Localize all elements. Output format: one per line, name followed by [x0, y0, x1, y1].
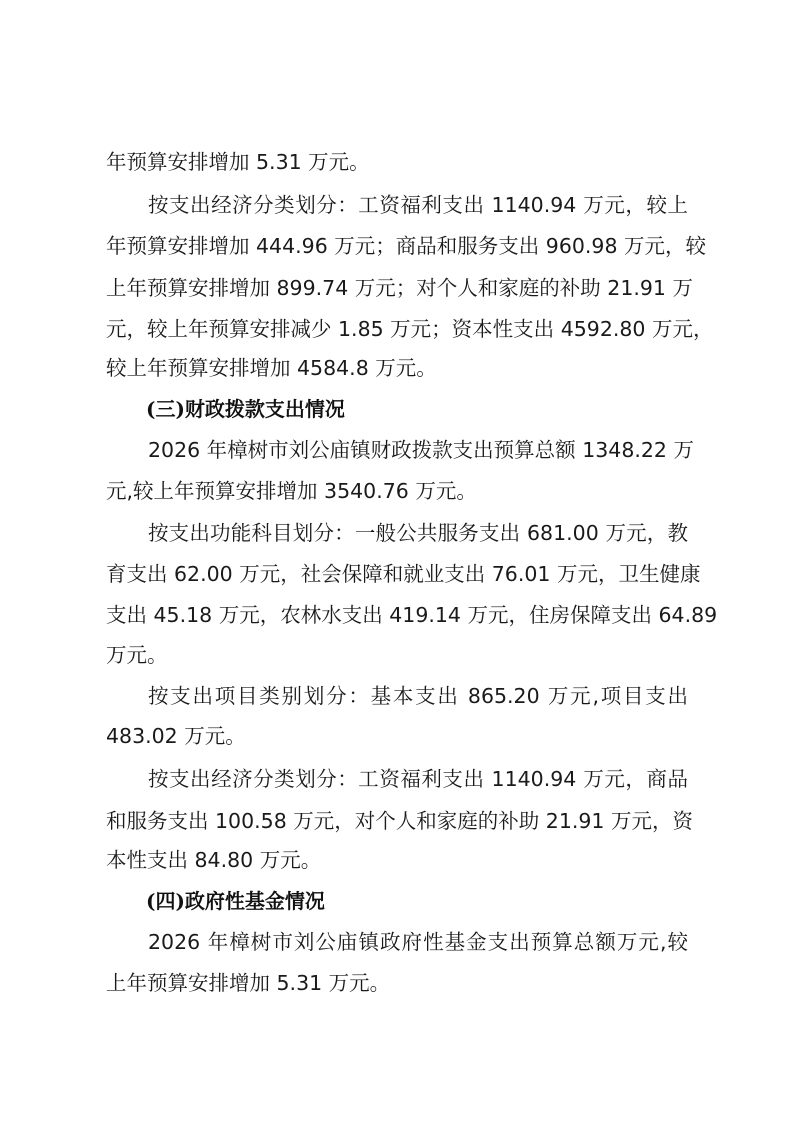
document-page: 年预算安排增加 5.31 万元。 按支出经济分类划分：工资福利支出 1140.9… — [0, 0, 793, 1122]
paragraph-line: 上年预算安排增加 899.74 万元；对个人和家庭的补助 21.91 万 — [106, 273, 688, 303]
paragraph-line: 按支出经济分类划分：工资福利支出 1140.94 万元，商品 — [148, 764, 688, 794]
section-heading-3: (三)财政拨款支出情况 — [146, 394, 345, 424]
paragraph-line: 元,较上年预算安排增加 3540.76 万元。 — [106, 476, 688, 506]
paragraph-line: 年预算安排增加 444.96 万元；商品和服务支出 960.98 万元，较 — [106, 231, 688, 261]
paragraph-line: 较上年预算安排增加 4584.8 万元。 — [106, 353, 688, 383]
paragraph-line: 按支出项目类别划分：基本支出 865.20 万元,项目支出 — [148, 681, 688, 711]
paragraph-line: 和服务支出 100.58 万元，对个人和家庭的补助 21.91 万元，资 — [106, 806, 688, 836]
section-heading-4: (四)政府性基金情况 — [146, 886, 325, 916]
paragraph-line: 按支出功能科目划分：一般公共服务支出 681.00 万元，教 — [148, 518, 688, 548]
paragraph-line: 万元。 — [106, 640, 688, 670]
paragraph-line: 2026 年樟树市刘公庙镇政府性基金支出预算总额万元,较 — [148, 927, 688, 957]
paragraph-line: 上年预算安排增加 5.31 万元。 — [106, 968, 688, 998]
paragraph-line: 按支出经济分类划分：工资福利支出 1140.94 万元，较上 — [148, 190, 688, 220]
paragraph-line: 年预算安排增加 5.31 万元。 — [106, 147, 688, 177]
paragraph-line: 支出 45.18 万元，农林水支出 419.14 万元，住房保障支出 64.89 — [106, 600, 688, 630]
paragraph-line: 元，较上年预算安排减少 1.85 万元；资本性支出 4592.80 万元， — [106, 314, 688, 344]
paragraph-line: 483.02 万元。 — [106, 721, 688, 751]
paragraph-line: 育支出 62.00 万元，社会保障和就业支出 76.01 万元，卫生健康 — [106, 559, 688, 589]
paragraph-line: 本性支出 84.80 万元。 — [106, 845, 688, 875]
paragraph-line: 2026 年樟树市刘公庙镇财政拨款支出预算总额 1348.22 万 — [148, 435, 688, 465]
